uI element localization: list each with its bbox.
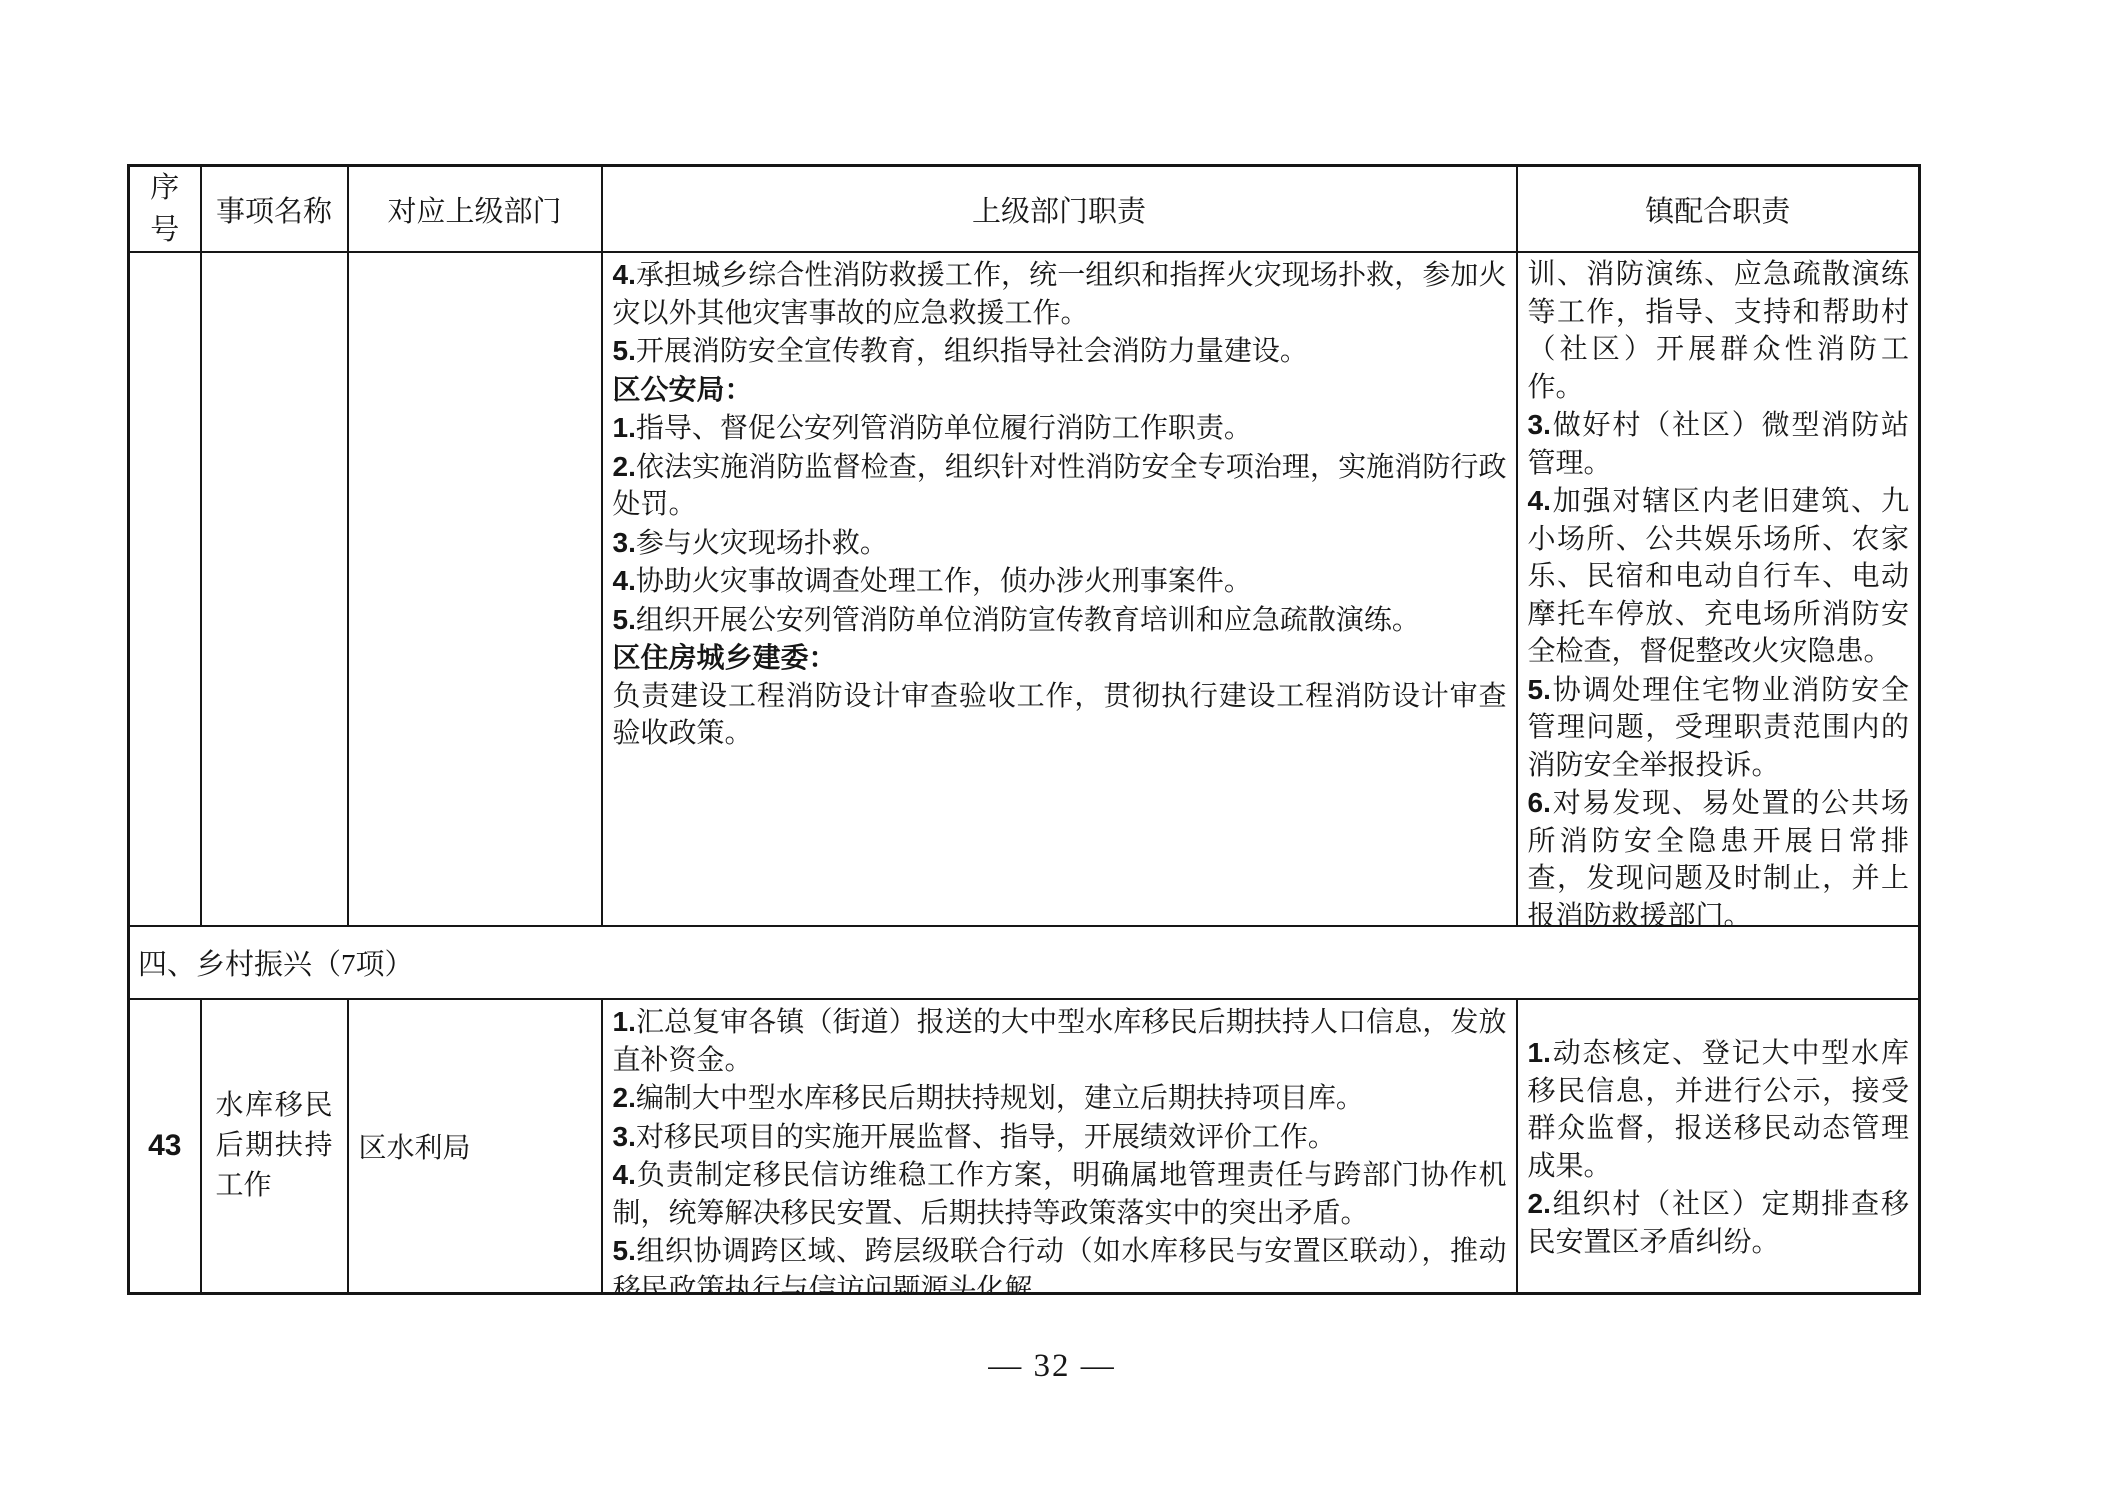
- duty-paragraph: 训、消防演练、应急疏散演练等工作，指导、支持和帮助村（社区）开展群众性消防工作。: [1528, 256, 1910, 406]
- header-serial-number: 序号: [129, 166, 201, 253]
- duty-paragraph: 6.对易发现、易处置的公共场所消防安全隐患开展日常排查，发现问题及时制止，并上报…: [1528, 784, 1910, 925]
- item-name-cell-empty: [201, 252, 348, 926]
- duty-paragraph: 5.组织协调跨区域、跨层级联合行动（如水库移民与安置区联动），推动移民政策执行与…: [613, 1232, 1507, 1292]
- header-superior-duties: 上级部门职责: [602, 166, 1517, 253]
- duty-paragraph: 3.参与火灾现场扑救。: [613, 524, 1507, 563]
- superior-duties-text: 4.承担城乡综合性消防救援工作，统一组织和指挥火灾现场扑救，参加火灾以外其他灾害…: [603, 253, 1516, 925]
- duty-paragraph: 4.加强对辖区内老旧建筑、九小场所、公共娱乐场所、农家乐、民宿和电动自行车、电动…: [1528, 482, 1910, 671]
- document-page: 序号 事项名称 对应上级部门 上级部门职责 镇配合职责 4.承担城乡综合性消防救…: [0, 0, 2104, 1488]
- header-superior-dept: 对应上级部门: [348, 166, 602, 253]
- duty-paragraph: 负责建设工程消防设计审查验收工作，贯彻执行建设工程消防设计审查验收政策。: [613, 678, 1507, 753]
- town-duties-text-43: 1.动态核定、登记大中型水库移民信息，并进行公示，接受群众监督，报送移民动态管理…: [1518, 1000, 1919, 1292]
- page-number: — 32 —: [0, 1348, 2104, 1385]
- superior-duties-cell-43: 1.汇总复审各镇（街道）报送的大中型水库移民后期扶持人口信息，发放直补资金。2.…: [602, 999, 1517, 1294]
- duty-paragraph: 1.指导、督促公安列管消防单位履行消防工作职责。: [613, 409, 1507, 448]
- serial-number-cell-empty: [129, 252, 201, 926]
- duty-paragraph: 区公安局：: [613, 371, 1507, 410]
- duty-paragraph: 5.组织开展公安列管消防单位消防宣传教育培训和应急疏散演练。: [613, 601, 1507, 640]
- superior-duties-text-43: 1.汇总复审各镇（街道）报送的大中型水库移民后期扶持人口信息，发放直补资金。2.…: [603, 1000, 1516, 1292]
- header-item-name: 事项名称: [201, 166, 348, 253]
- table-header-row: 序号 事项名称 对应上级部门 上级部门职责 镇配合职责: [129, 166, 1920, 253]
- superior-dept-cell-empty: [348, 252, 602, 926]
- table-row-continuation: 4.承担城乡综合性消防救援工作，统一组织和指挥火灾现场扑救，参加火灾以外其他灾害…: [129, 252, 1920, 926]
- duty-paragraph: 1.汇总复审各镇（街道）报送的大中型水库移民后期扶持人口信息，发放直补资金。: [613, 1003, 1507, 1079]
- town-duties-cell-43: 1.动态核定、登记大中型水库移民信息，并进行公示，接受群众监督，报送移民动态管理…: [1517, 999, 1920, 1294]
- duty-paragraph: 2.编制大中型水库移民后期扶持规划，建立后期扶持项目库。: [613, 1079, 1507, 1118]
- item-name-text: 水库移民后期扶持工作: [202, 1086, 347, 1206]
- item-name-cell: 水库移民后期扶持工作: [201, 999, 348, 1294]
- duty-paragraph: 4.负责制定移民信访维稳工作方案，明确属地管理责任与跨部门协作机制，统筹解决移民…: [613, 1156, 1507, 1232]
- duty-paragraph: 4.承担城乡综合性消防救援工作，统一组织和指挥火灾现场扑救，参加火灾以外其他灾害…: [613, 256, 1507, 332]
- serial-number-cell: 43: [129, 999, 201, 1294]
- table-section-row: 四、乡村振兴（7项）: [129, 926, 1920, 999]
- duty-paragraph: 4.协助火灾事故调查处理工作，侦办涉火刑事案件。: [613, 562, 1507, 601]
- town-duties-cell: 训、消防演练、应急疏散演练等工作，指导、支持和帮助村（社区）开展群众性消防工作。…: [1517, 252, 1920, 926]
- superior-dept-cell: 区水利局: [348, 999, 602, 1294]
- duty-paragraph: 区住房城乡建委：: [613, 639, 1507, 678]
- town-duties-text: 训、消防演练、应急疏散演练等工作，指导、支持和帮助村（社区）开展群众性消防工作。…: [1518, 253, 1919, 925]
- duty-paragraph: 3.对移民项目的实施开展监督、指导，开展绩效评价工作。: [613, 1118, 1507, 1157]
- header-serial-number-label: 序号: [148, 167, 181, 251]
- superior-duties-cell: 4.承担城乡综合性消防救援工作，统一组织和指挥火灾现场扑救，参加火灾以外其他灾害…: [602, 252, 1517, 926]
- table-row-43: 43 水库移民后期扶持工作 区水利局 1.汇总复审各镇（街道）报送的大中型水库移…: [129, 999, 1920, 1294]
- duties-table: 序号 事项名称 对应上级部门 上级部门职责 镇配合职责 4.承担城乡综合性消防救…: [127, 164, 1921, 1295]
- section-title: 四、乡村振兴（7项）: [129, 926, 1920, 999]
- duty-paragraph: 5.协调处理住宅物业消防安全管理问题，受理职责范围内的消防安全举报投诉。: [1528, 671, 1910, 785]
- header-town-duties: 镇配合职责: [1517, 166, 1920, 253]
- duty-paragraph: 3.做好村（社区）微型消防站管理。: [1528, 406, 1910, 482]
- duty-paragraph: 1.动态核定、登记大中型水库移民信息，并进行公示，接受群众监督，报送移民动态管理…: [1528, 1034, 1910, 1185]
- duty-paragraph: 2.依法实施消防监督检查，组织针对性消防安全专项治理，实施消防行政处罚。: [613, 448, 1507, 524]
- duty-paragraph: 2.组织村（社区）定期排查移民安置区矛盾纠纷。: [1528, 1185, 1910, 1261]
- duty-paragraph: 5.开展消防安全宣传教育，组织指导社会消防力量建设。: [613, 332, 1507, 371]
